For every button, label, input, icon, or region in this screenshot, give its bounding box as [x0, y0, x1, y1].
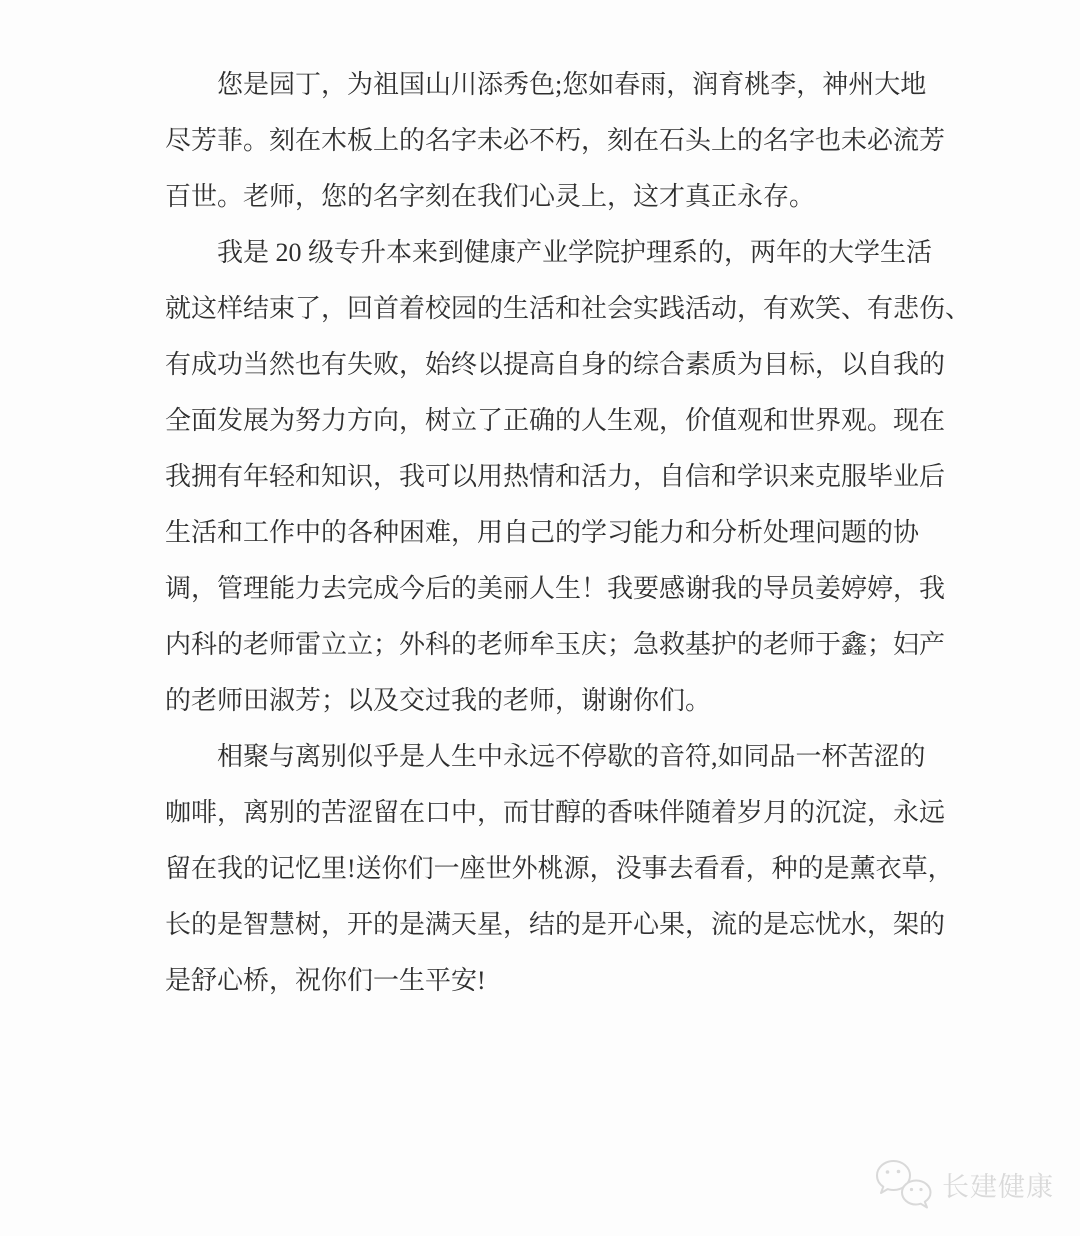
text-line: 咖啡，离别的苦涩留在口中，而甘醇的香味伴随着岁月的沉淀，永远: [165, 785, 929, 841]
wechat-logo-icon: [872, 1158, 936, 1210]
text-line: 内科的老师雷立立；外科的老师牟玉庆；急救基护的老师于鑫；妇产: [165, 617, 929, 673]
text-line: 生活和工作中的各种困难，用自己的学习能力和分析处理问题的协: [165, 505, 929, 561]
text-line: 就这样结束了，回首着校园的生活和社会实践活动，有欢笑、有悲伤、: [165, 281, 929, 337]
paragraph-2: 我是 20 级专升本来到健康产业学院护理系的，两年的大学生活 就这样结束了，回首…: [165, 225, 929, 729]
text-line: 尽芳菲。刻在木板上的名字未必不朽，刻在石头上的名字也未必流芳: [165, 113, 929, 169]
text-line: 我拥有年轻和知识，我可以用热情和活力，自信和学识来克服毕业后: [165, 449, 929, 505]
text-line: 相聚与离别似乎是人生中永远不停歇的音符,如同品一杯苦涩的: [165, 729, 929, 785]
text-line: 我是 20 级专升本来到健康产业学院护理系的，两年的大学生活: [165, 225, 929, 281]
text-line: 有成功当然也有失败，始终以提高自身的综合素质为目标，以自我的: [165, 337, 929, 393]
text-line: 长的是智慧树，开的是满天星，结的是开心果，流的是忘忧水，架的: [165, 897, 929, 953]
text-line: 全面发展为努力方向，树立了正确的人生观，价值观和世界观。现在: [165, 393, 929, 449]
text-line: 您是园丁，为祖国山川添秀色;您如春雨，润育桃李，神州大地: [165, 57, 929, 113]
text-line: 调，管理能力去完成今后的美丽人生！我要感谢我的导员姜婷婷，我: [165, 561, 929, 617]
paragraph-3: 相聚与离别似乎是人生中永远不停歇的音符,如同品一杯苦涩的 咖啡，离别的苦涩留在口…: [165, 729, 929, 1009]
paragraph-1: 您是园丁，为祖国山川添秀色;您如春雨，润育桃李，神州大地 尽芳菲。刻在木板上的名…: [165, 57, 929, 225]
watermark-label: 长建健康: [942, 1165, 1054, 1204]
text-line: 百世。老师，您的名字刻在我们心灵上，这才真正永存。: [165, 169, 929, 225]
text-line: 的老师田淑芳；以及交过我的老师，谢谢你们。: [165, 673, 929, 729]
text-line: 留在我的记忆里!送你们一座世外桃源，没事去看看，种的是薰衣草，: [165, 841, 929, 897]
article-page: 您是园丁，为祖国山川添秀色;您如春雨，润育桃李，神州大地 尽芳菲。刻在木板上的名…: [0, 0, 1080, 1236]
document-body: 您是园丁，为祖国山川添秀色;您如春雨，润育桃李，神州大地 尽芳菲。刻在木板上的名…: [165, 57, 929, 1009]
text-line: 是舒心桥，祝你们一生平安!: [165, 953, 929, 1009]
watermark: 长建健康: [872, 1158, 1054, 1210]
